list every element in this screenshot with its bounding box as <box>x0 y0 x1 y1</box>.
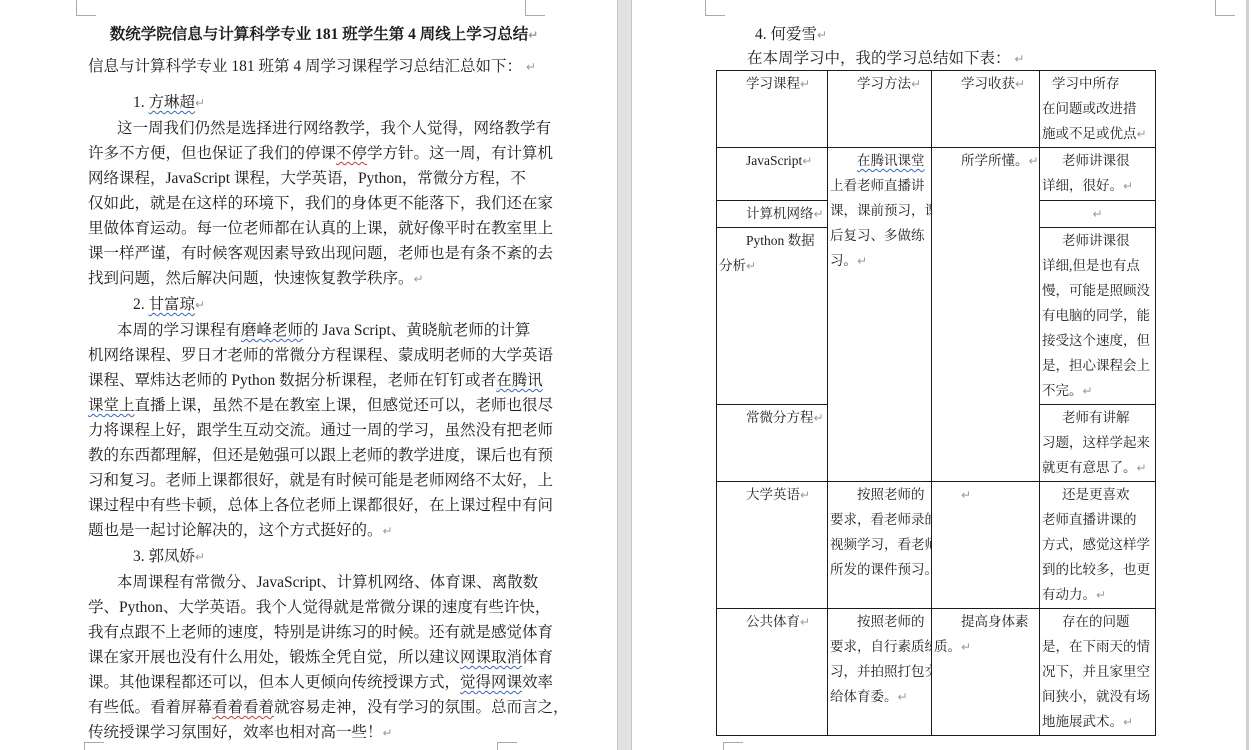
page-gap <box>617 0 632 750</box>
page-1[interactable]: 数统学院信息与计算科学专业 181 班学生第 4 周线上学习总结↵ 信息与计算科… <box>0 0 617 750</box>
cell-course-ode[interactable]: 常微分方程↵ <box>717 405 828 482</box>
paragraph-mark: ↵ <box>857 254 867 268</box>
paragraph-mark: ↵ <box>414 272 424 286</box>
paragraph-mark: ↵ <box>195 298 205 312</box>
table-row-pe: 公共体育↵ 按照老师的 要求，自行素质练 习，并拍照打包交 给体育委。↵ 提高身… <box>717 609 1156 736</box>
text-run: 存在的问题 是，在下雨天的情 况下，并且家里空 间狭小，就没有场 地施展武术。 <box>1042 614 1150 729</box>
table-header-row: 学习课程↵ 学习方法↵ 学习收获↵ 学习中所存 在问题或改进措 施或不足或优点↵ <box>717 71 1156 148</box>
paragraph-mark: ↵ <box>1092 207 1102 221</box>
text-run: 数统学院信息与计算科学专业 181 班学生第 4 周线上学习总结 <box>110 26 529 43</box>
paragraph-mark: ↵ <box>961 640 971 654</box>
text-run: 大学英语 <box>746 487 800 502</box>
cell-course-network[interactable]: 计算机网络↵ <box>717 201 828 228</box>
section-3-body[interactable]: 本周课程有常微分、JavaScript、计算机网络、体育课、离散数 学、Pyth… <box>88 570 560 746</box>
paragraph-mark: ↵ <box>383 726 393 740</box>
cell-method-english[interactable]: 按照老师的 要求，看老师录的 视频学习，看老师 所发的课件预习。↵ <box>828 482 932 609</box>
text-run: 直播上课，虽然不是在教室上课，但感觉还可以，老师也很尽 力将课程上好，跟学生互动… <box>88 397 553 539</box>
text-run: 4. 何爱雪 <box>755 26 817 43</box>
text-run: 老师讲课很 详细，很好。 <box>1042 153 1130 193</box>
text-run: 学习中所存 在问题或改进措 施或不足或优点 <box>1042 76 1137 141</box>
text-run: 上看老师直播讲 课，课前预习，课 后复习、多做练 习。 <box>830 178 932 268</box>
paragraph-mark: ↵ <box>1137 127 1147 141</box>
cell-issues-english[interactable]: 还是更喜欢 老师直播讲课的 方式，感觉这样学 到的比较多，也更 有动力。↵ <box>1040 482 1156 609</box>
text-boundary-mark <box>525 0 545 16</box>
text-run: 老师讲课很 详细,但是也有点 慢，可能是照顾没 有电脑的同学，能 接受这个速度，… <box>1042 233 1150 398</box>
header-cell-gains[interactable]: 学习收获↵ <box>932 71 1040 148</box>
spellcheck-blue-underline: 在腾讯课堂 <box>857 153 925 168</box>
cell-issues-javascript[interactable]: 老师讲课很 详细，很好。↵ <box>1040 148 1156 201</box>
cell-method-pe[interactable]: 按照老师的 要求，自行素质练 习，并拍照打包交 给体育委。↵ <box>828 609 932 736</box>
header-cell-issues[interactable]: 学习中所存 在问题或改进措 施或不足或优点↵ <box>1040 71 1156 148</box>
weekly-summary-table: 学习课程↵ 学习方法↵ 学习收获↵ 学习中所存 在问题或改进措 施或不足或优点↵… <box>716 70 1156 736</box>
text-run: 在本周学习中，我的学习总结如下表： <box>747 50 1014 67</box>
text-run: 还是更喜欢 老师直播讲课的 方式，感觉这样学 到的比较多，也更 有动力。 <box>1042 487 1150 602</box>
paragraph-mark: ↵ <box>911 77 921 91</box>
text-run: 学习收获 <box>961 76 1015 91</box>
cell-course-python[interactable]: Python 数据 分析↵ <box>717 228 828 405</box>
table-intro-paragraph[interactable]: 在本周学习中，我的学习总结如下表： ↵ <box>715 48 1190 70</box>
text-run: 2. <box>133 296 149 313</box>
spellcheck-blue-underline: 方琳超 <box>149 94 196 111</box>
paragraph-mark: ↵ <box>195 550 205 564</box>
text-boundary-mark <box>76 0 96 16</box>
cell-issues-python[interactable]: 老师讲课很 详细,但是也有点 慢，可能是照顾没 有电脑的同学，能 接受这个速度，… <box>1040 228 1156 405</box>
paragraph-mark: ↵ <box>526 60 536 74</box>
section-1-body[interactable]: 这一周我们仍然是选择进行网络教学，我个人觉得，网络教学有 许多不方便，但也保证了… <box>88 116 560 292</box>
spellcheck-blue-underline: 网课取消 <box>460 649 522 666</box>
cell-issues-pe[interactable]: 存在的问题 是，在下雨天的情 况下，并且家里空 间狭小，就没有场 地施展武术。↵ <box>1040 609 1156 736</box>
text-run: 按照老师的 要求，自行素质练 习，并拍照打包交 给体育委。 <box>830 614 932 704</box>
paragraph-mark: ↵ <box>1014 52 1024 66</box>
summary-intro-paragraph[interactable]: 信息与计算科学专业 181 班第 4 周学习课程学习总结汇总如下： ↵ <box>88 54 560 80</box>
spellcheck-blue-underline: 甘富琼 <box>149 296 196 313</box>
window-edge <box>1246 0 1249 750</box>
cell-gains-pe[interactable]: 提高身体素 质。↵ <box>932 609 1040 736</box>
spellcheck-blue-underline: 觉得网课 <box>460 674 522 691</box>
cell-gains-english[interactable]: ↵ <box>932 482 1040 609</box>
spellcheck-red-underline: 看着看着 <box>212 699 274 716</box>
text-run: 3. 郭凤娇 <box>133 548 195 565</box>
section-4-heading[interactable]: 4. 何爱雪↵ <box>715 22 1190 48</box>
section-3-heading[interactable]: 3. 郭凤娇↵ <box>88 544 560 570</box>
paragraph-mark: ↵ <box>1015 77 1025 91</box>
page-2[interactable]: 4. 何爱雪↵ 在本周学习中，我的学习总结如下表： ↵ 学习课程↵ 学习方法↵ … <box>632 0 1253 750</box>
cell-gains-merged[interactable]: 所学所懂。↵ <box>932 148 1040 482</box>
page-2-text-flow: 4. 何爱雪↵ 在本周学习中，我的学习总结如下表： ↵ 学习课程↵ 学习方法↵ … <box>715 22 1190 736</box>
text-run: JavaScript <box>746 153 802 168</box>
cell-course-javascript[interactable]: JavaScript↵ <box>717 148 828 201</box>
paragraph-mark: ↵ <box>800 615 810 629</box>
text-run: 所学所懂。 <box>961 153 1029 168</box>
text-boundary-mark <box>723 742 743 750</box>
paragraph-mark: ↵ <box>528 28 538 42</box>
paragraph-mark: ↵ <box>746 259 756 273</box>
text-run: Python 数据 分析 <box>719 233 815 273</box>
text-run: 学习课程 <box>746 76 800 91</box>
paragraph-mark: ↵ <box>898 690 908 704</box>
page-1-text-flow: 数统学院信息与计算科学专业 181 班学生第 4 周线上学习总结↵ 信息与计算科… <box>88 22 560 746</box>
cell-issues-ode[interactable]: 老师有讲解 习题，这样学起来 就更有意思了。↵ <box>1040 405 1156 482</box>
paragraph-mark: ↵ <box>195 96 205 110</box>
document-title[interactable]: 数统学院信息与计算科学专业 181 班学生第 4 周线上学习总结↵ <box>88 22 560 48</box>
cell-method-merged[interactable]: 在腾讯课堂 上看老师直播讲 课，课前预习，课 后复习、多做练 习。↵ <box>828 148 932 482</box>
paragraph-mark: ↵ <box>814 411 824 425</box>
text-boundary-mark <box>1215 0 1235 16</box>
text-run: 1. <box>133 94 149 111</box>
paragraph-mark: ↵ <box>802 154 812 168</box>
paragraph-mark: ↵ <box>1083 384 1093 398</box>
spellcheck-blue-underline: 磨峰老师 <box>241 322 303 339</box>
section-1-heading[interactable]: 1. 方琳超↵ <box>88 90 560 116</box>
paragraph-mark: ↵ <box>1123 715 1133 729</box>
section-2-heading[interactable]: 2. 甘富琼↵ <box>88 292 560 318</box>
text-run: 老师有讲解 习题，这样学起来 就更有意思了。 <box>1042 410 1150 475</box>
paragraph-mark: ↵ <box>1137 461 1147 475</box>
paragraph-mark: ↵ <box>800 77 810 91</box>
paragraph-mark: ↵ <box>961 488 971 502</box>
text-run: 信息与计算科学专业 181 班第 4 周学习课程学习总结汇总如下： <box>88 58 526 75</box>
text-run: 常微分方程 <box>746 410 814 425</box>
paragraph-mark: ↵ <box>800 488 810 502</box>
section-2-body[interactable]: 本周的学习课程有磨峰老师的 Java Script、黄晓航老师的计算 机网络课程… <box>88 318 560 544</box>
cell-issues-network[interactable]: ↵ <box>1040 201 1156 228</box>
paragraph-mark: ↵ <box>383 524 393 538</box>
paragraph-mark: ↵ <box>1029 154 1039 168</box>
header-cell-course[interactable]: 学习课程↵ <box>717 71 828 148</box>
text-run: 学习方法 <box>857 76 911 91</box>
table-row-english: 大学英语↵ 按照老师的 要求，看老师录的 视频学习，看老师 所发的课件预习。↵ … <box>717 482 1156 609</box>
table-row-javascript: JavaScript↵ 在腾讯课堂 上看老师直播讲 课，课前预习，课 后复习、多… <box>717 148 1156 201</box>
document-canvas: 数统学院信息与计算科学专业 181 班学生第 4 周线上学习总结↵ 信息与计算科… <box>0 0 1253 750</box>
paragraph-mark: ↵ <box>1123 179 1133 193</box>
header-cell-method[interactable]: 学习方法↵ <box>828 71 932 148</box>
text-boundary-mark <box>705 0 725 16</box>
paragraph-mark: ↵ <box>1096 588 1106 602</box>
text-run: 本周的学习课程有 <box>117 322 241 339</box>
paragraph-mark: ↵ <box>814 207 824 221</box>
text-run: 提高身体素 质。 <box>934 614 1029 654</box>
text-run: 公共体育 <box>746 614 800 629</box>
paragraph-mark: ↵ <box>817 28 827 42</box>
cell-course-pe[interactable]: 公共体育↵ <box>717 609 828 736</box>
text-run: 学方针。这一周，有计算机 网络课程，JavaScript 课程，大学英语，Pyt… <box>88 145 553 287</box>
text-run: 计算机网络 <box>746 206 814 221</box>
spellcheck-red-underline: 不停 <box>336 145 367 162</box>
text-run: 按照老师的 要求，看老师录的 视频学习，看老师 所发的课件预习。 <box>830 487 932 577</box>
cell-course-english[interactable]: 大学英语↵ <box>717 482 828 609</box>
